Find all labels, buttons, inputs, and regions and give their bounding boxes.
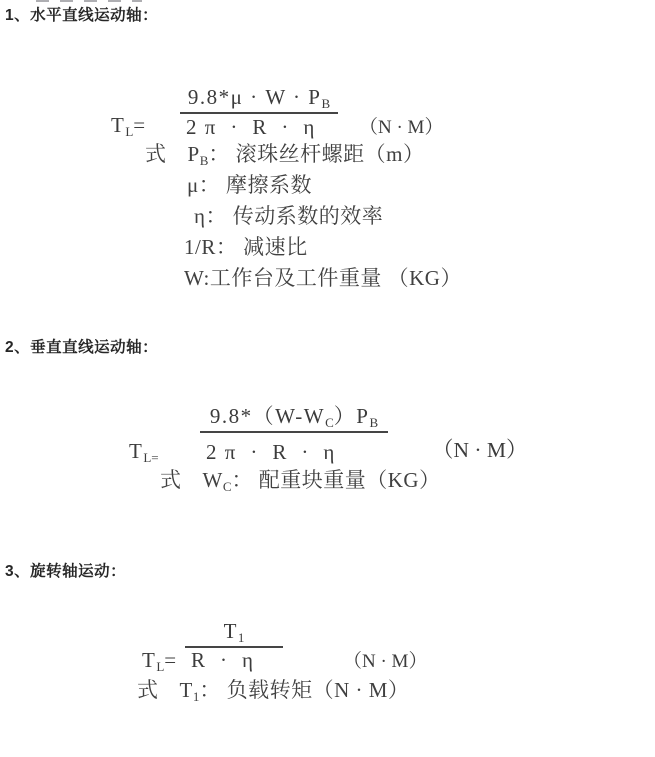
section-3-formula-denominator: R · η: [185, 648, 289, 672]
definition-line: 式PB： 滚珠丝杆螺距（m）: [145, 142, 424, 166]
section-1-heading: 1、水平直线运动轴：: [5, 6, 158, 26]
torque-symbol: T: [129, 439, 143, 463]
scan-edge-artifact: [36, 0, 142, 2]
section-2-formula-unit: （N · M）: [432, 438, 528, 462]
definition-text: ： 负载转矩（N · M）: [199, 678, 409, 702]
equals-sign: =: [133, 113, 146, 137]
numerator-text: 9.8*（W-W: [210, 404, 325, 428]
section-2-formula-denominator: 2 π · R · η: [200, 440, 394, 464]
section-1-formula-lhs: TL=: [111, 113, 147, 137]
numerator-subscript: B: [369, 415, 378, 430]
definition-prefix: 式: [160, 468, 182, 492]
definition-text: ： 配重块重量（KG）: [232, 468, 441, 492]
definition-line: 式T1： 负载转矩（N · M）: [137, 678, 409, 702]
numerator-text: ）P: [334, 404, 370, 428]
definition-term: T: [180, 678, 193, 702]
numerator-text: 9.8*μ · W · P: [188, 85, 322, 109]
definition-term: W: [184, 266, 204, 290]
definition-line: μ： 摩擦系数: [187, 173, 312, 197]
section-1-formula-numerator: 9.8*μ · W · PB: [180, 85, 338, 114]
definition-term: P: [188, 142, 200, 166]
definition-line: 式WC： 配重块重量（KG）: [160, 468, 441, 492]
equals-sign: =: [164, 648, 177, 672]
section-3-heading: 3、旋转轴运动：: [5, 562, 126, 582]
definition-text: :工作台及工件重量 （KG）: [204, 266, 462, 290]
definition-prefix: 式: [145, 142, 167, 166]
section-1-formula-unit: （N · M）: [359, 116, 443, 140]
section-2-formula-lhs: TL=: [129, 439, 159, 463]
torque-symbol: T: [111, 113, 125, 137]
numerator-text: T: [224, 619, 238, 643]
section-2-formula-numerator: 9.8*（W-WC）PB: [200, 404, 388, 433]
definition-term: μ: [187, 173, 199, 197]
definition-term: η: [194, 204, 205, 228]
definition-term: W: [203, 468, 223, 492]
definition-line: η： 传动系数的效率: [194, 204, 383, 228]
section-3-formula-lhs: TL=: [142, 648, 178, 672]
numerator-subscript: B: [321, 96, 330, 111]
numerator-subscript: C: [325, 415, 334, 430]
definition-text: ： 传动系数的效率: [205, 204, 383, 228]
section-3-formula-unit: （N · M）: [343, 650, 427, 674]
definition-line: W:工作台及工件重量 （KG）: [184, 266, 462, 290]
definition-term-subscript: C: [223, 479, 232, 494]
numerator-subscript: 1: [238, 630, 245, 645]
torque-symbol: T: [142, 648, 156, 672]
section-1-formula-denominator: 2 π · R · η: [180, 115, 344, 139]
definition-line: 1/R： 减速比: [184, 235, 308, 259]
definition-prefix: 式: [137, 678, 159, 702]
definition-term: 1/R: [184, 235, 216, 259]
definition-text: ： 摩擦系数: [199, 173, 312, 197]
definition-text: ： 减速比: [216, 235, 308, 259]
torque-subscript: L=: [143, 450, 158, 465]
section-3-formula-numerator: T1: [185, 619, 283, 648]
section-2-heading: 2、垂直直线运动轴：: [5, 338, 158, 358]
definition-text: ： 滚珠丝杆螺距（m）: [208, 142, 424, 166]
